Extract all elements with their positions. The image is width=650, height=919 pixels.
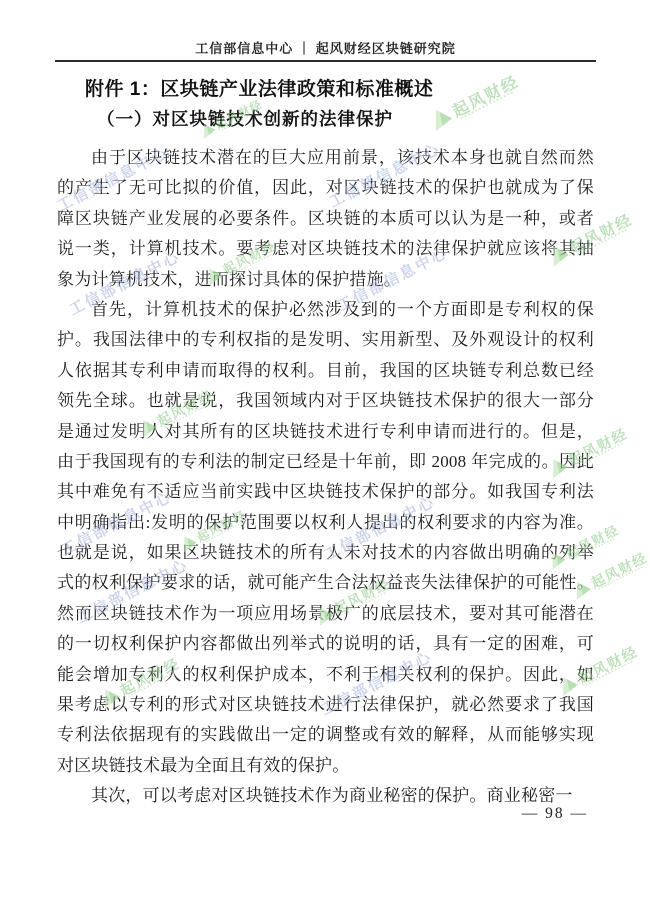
- text-line: 能会增加专利人的权利保护成本，不利于相关权利的保护。因此，如: [57, 660, 594, 690]
- text-line: 由于区块链技术潜在的巨大应用前景，该技术本身也就自然而然: [57, 143, 594, 173]
- text-line: 专利法依据现有的实践做出一定的调整或有效的解释，从而能够实现: [57, 720, 594, 750]
- watermark-subtext-dots: [598, 566, 643, 590]
- watermark-qifeng: 起风财经: [425, 69, 523, 134]
- page-title: 附件 1：区块链产业法律政策和标准概述: [85, 74, 433, 101]
- text-line: 果考虑以专利的形式对区块链技术进行法律保护，就必然要求了我国: [57, 690, 594, 720]
- text-line: 人依据其专利申请而取得的权利。目前，我国的区块链专利总数已经: [57, 356, 594, 386]
- text-line: 领先全球。也就是说，我国领域内对于区块链技术保护的很大一部分: [57, 386, 594, 416]
- document-page: 工信部信息中心 ｜ 起风财经区块链研究院 附件 1：区块链产业法律政策和标准概述…: [0, 0, 650, 919]
- document-body: 由于区块链技术潜在的巨大应用前景，该技术本身也就自然而然的产生了无可比拟的价值，…: [57, 143, 594, 812]
- text-line: 其中难免有不适应当前实践中区块链技术保护的部分。如我国专利法: [57, 477, 594, 507]
- page-header: 工信部信息中心 ｜ 起风财经区块链研究院: [55, 38, 596, 57]
- text-line: 其次，可以考虑对区块链技术作为商业秘密的保护。商业秘密一: [57, 781, 594, 811]
- text-line: 的一切权利保护内容都做出列举式的说明的话，具有一定的困难，可: [57, 629, 594, 659]
- text-line: 护。我国法律中的专利权指的是发明、实用新型、及外观设计的权利: [57, 325, 594, 355]
- watermark-text: 起风财经: [448, 69, 523, 122]
- text-line: 由于我国现有的专利法的制定已经是十年前，即 2008 年完成的。因此: [57, 447, 594, 477]
- header-divider: [55, 60, 596, 62]
- text-line: 然而区块链技术作为一项应用场景极广的底层技术，要对其可能潜在: [57, 599, 594, 629]
- text-line: 对区块链技术最为全面且有效的保护。: [57, 751, 594, 781]
- text-line: 中明确指出:发明的保护范围要以权利人提出的权利要求的内容为准。: [57, 508, 594, 538]
- text-line: 首先，计算机技术的保护必然涉及到的一个方面即是专利权的保: [57, 295, 594, 325]
- text-line: 式的权利保护要求的话，就可能产生合法权益丧失法律保护的可能性。: [57, 568, 594, 598]
- text-line: 象为计算机技术，进而探讨具体的保护措施。: [57, 265, 594, 295]
- qifeng-logo-icon: [426, 105, 454, 132]
- text-line: 说一类，计算机技术。要考虑对区块链技术的法律保护就应该将其抽: [57, 234, 594, 264]
- watermark-subtext-dots: [461, 91, 514, 119]
- text-line: 是通过发明人对其所有的区块链技术进行专利申请而进行的。但是，: [57, 417, 594, 447]
- text-line: 障区块链产业发展的必要条件。区块链的本质可以认为是一种，或者: [57, 204, 594, 234]
- section-heading: （一）对区块链技术创新的法律保护: [97, 106, 393, 131]
- watermark-text: 起风财经: [587, 547, 650, 592]
- text-line: 的产生了无可比拟的价值，因此，对区块链技术的保护也就成为了保: [57, 173, 594, 203]
- text-line: 也就是说，如果区块链技术的所有人未对技术的内容做出明确的列举: [57, 538, 594, 568]
